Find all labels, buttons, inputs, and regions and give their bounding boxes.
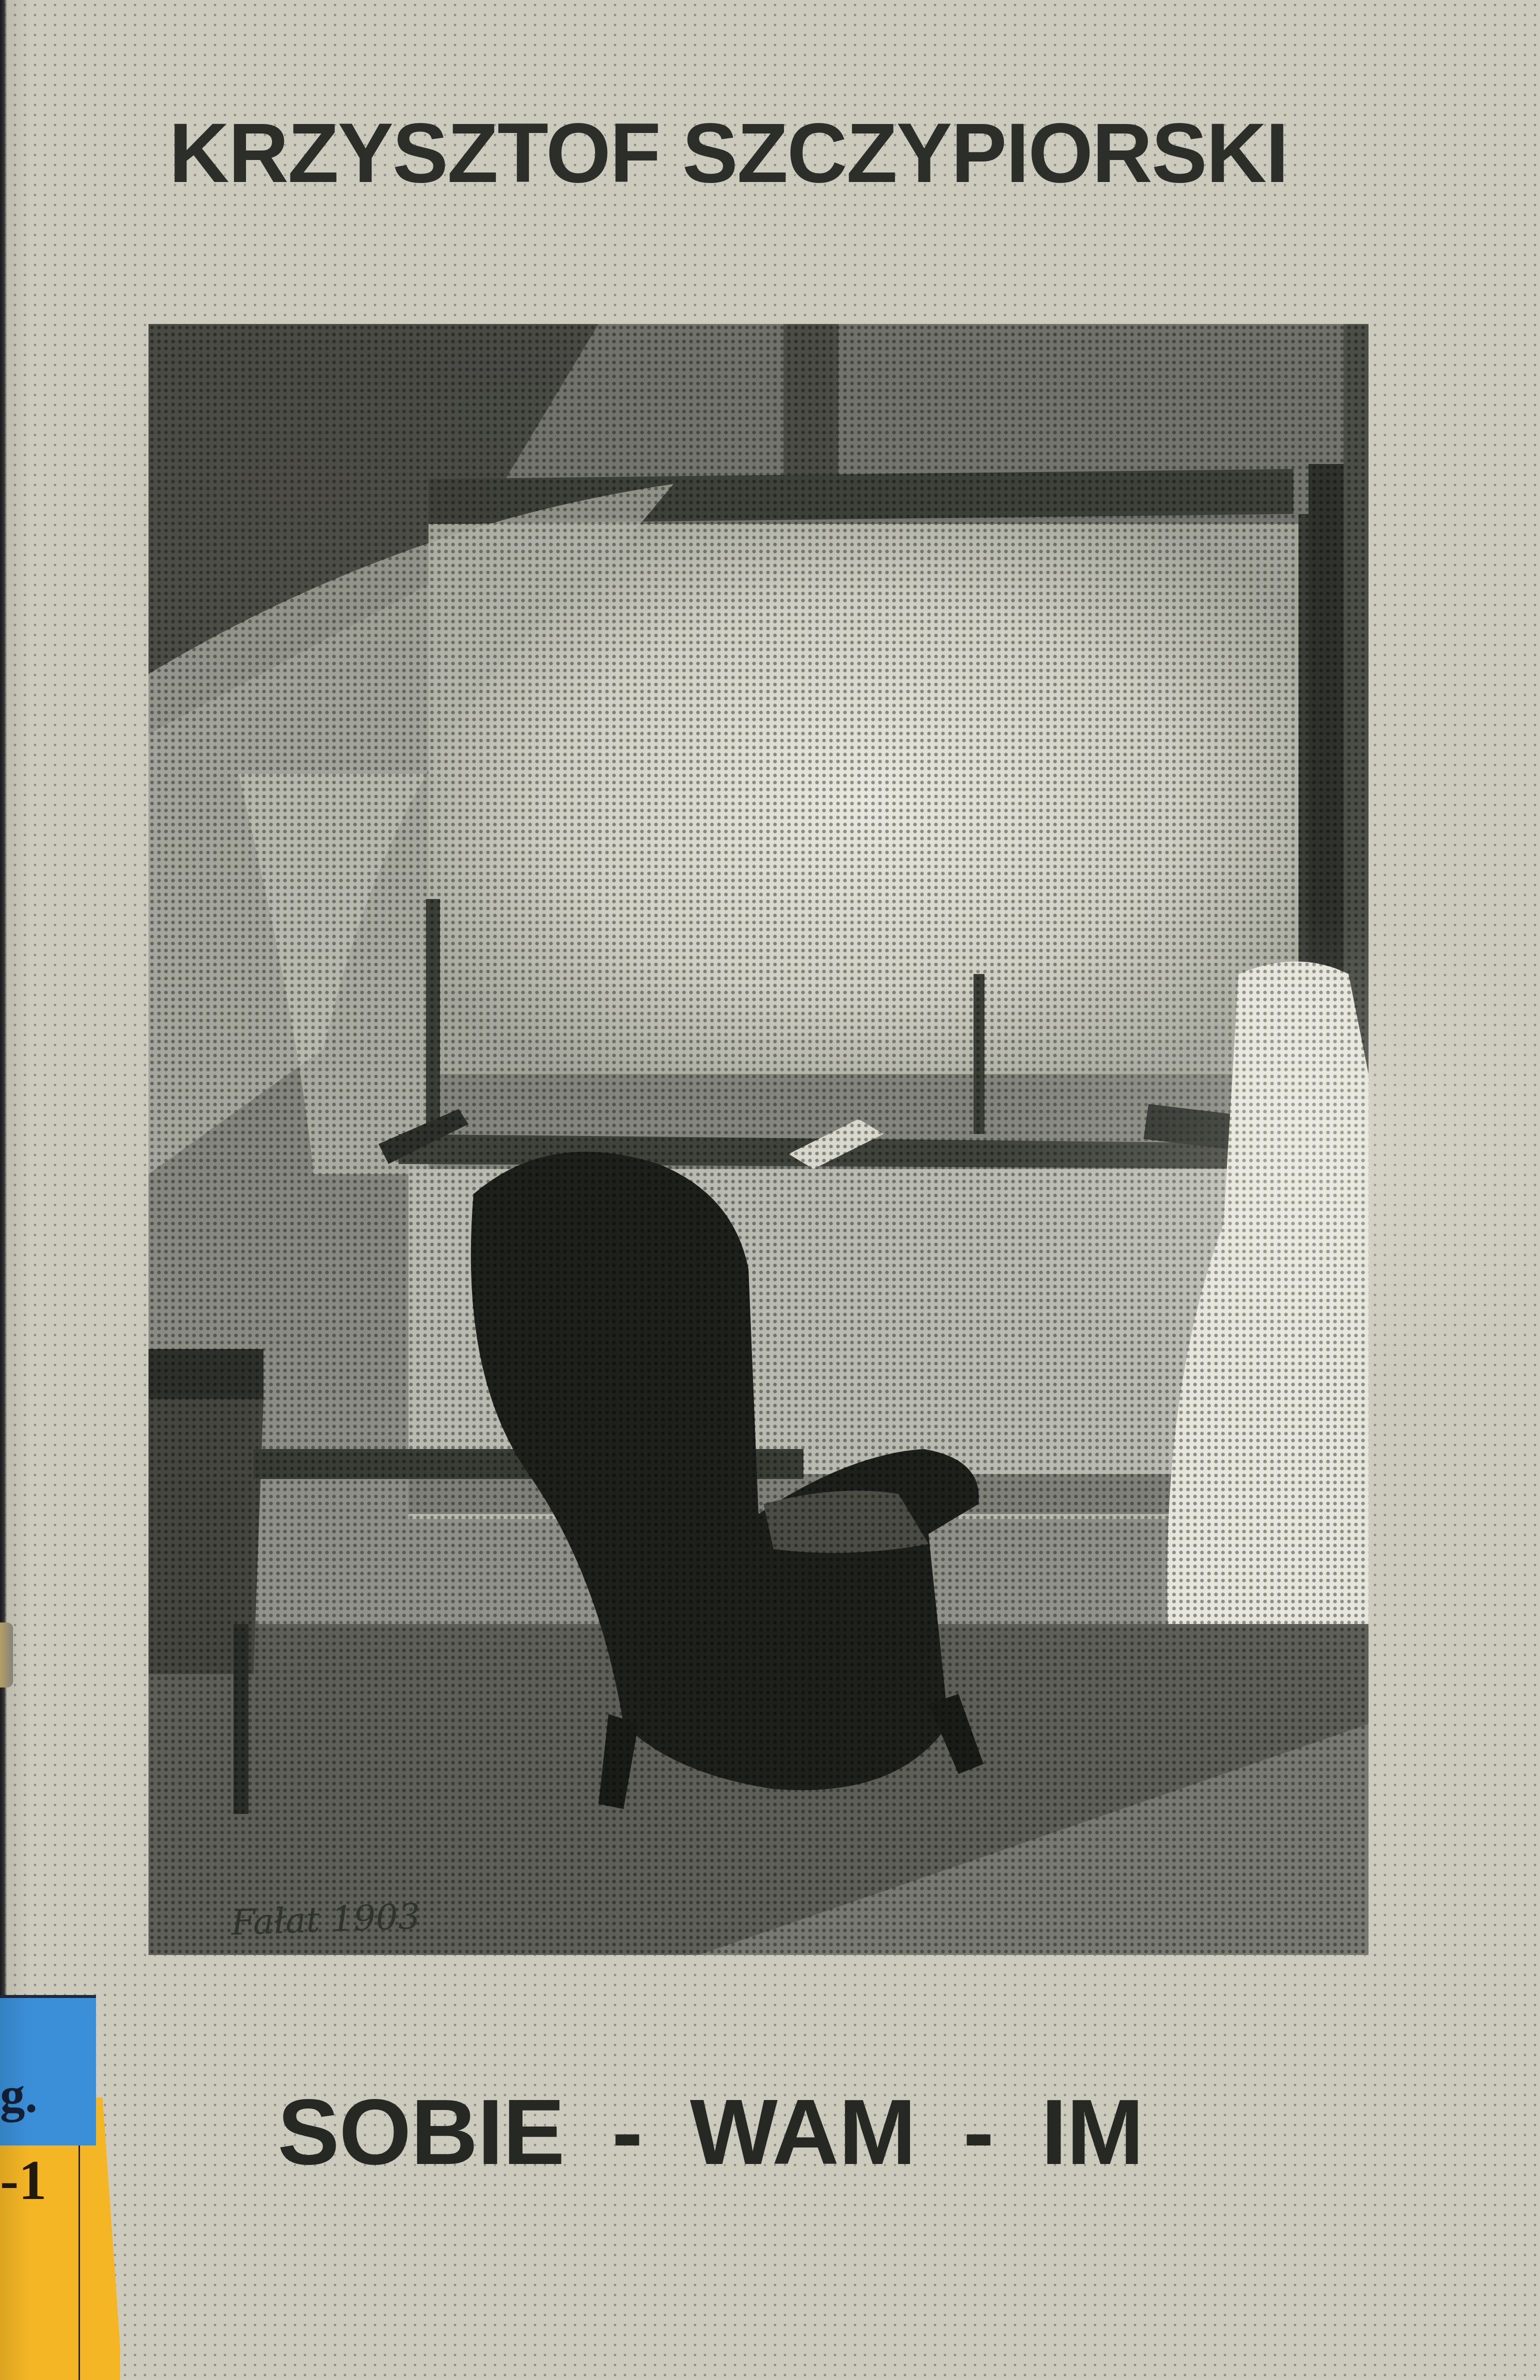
author-name: KRZYSZTOF SZCZYPIORSKI	[169, 116, 1363, 190]
halftone-texture	[148, 324, 1368, 1955]
book-title: SOBIE-WAM-IM	[277, 2090, 1143, 2175]
label-divider	[78, 2142, 80, 2380]
library-label-blue: g.	[0, 1995, 96, 2145]
label-blue-text: g.	[0, 2070, 37, 2120]
artist-signature: Fałat 1903	[230, 1895, 421, 1943]
title-word-3: IM	[1041, 2090, 1143, 2175]
title-separator-1: -	[612, 2090, 642, 2175]
label-yellow-text: -1	[0, 2152, 46, 2208]
title-word-1: SOBIE	[277, 2090, 564, 2175]
title-word-2: WAM	[690, 2090, 916, 2175]
cover-artwork: Fałat 1903	[148, 324, 1368, 1955]
binding-staple	[0, 1622, 13, 1687]
title-separator-2: -	[963, 2090, 993, 2175]
